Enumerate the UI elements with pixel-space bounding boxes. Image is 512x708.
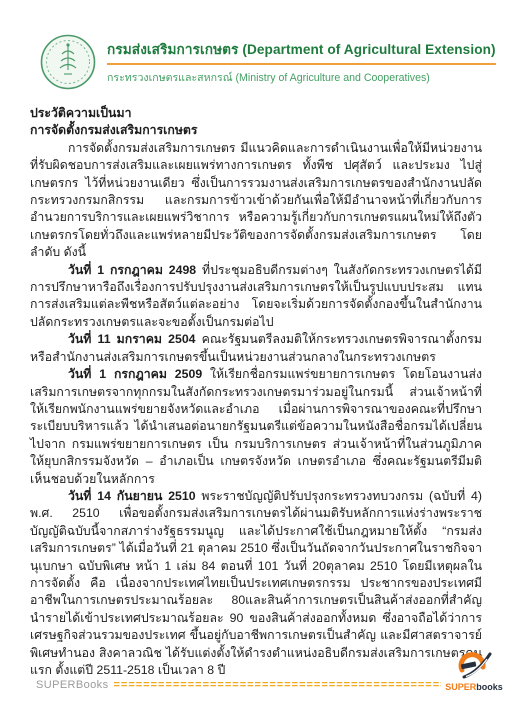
- body-paragraph: การจัดตั้งกรมส่งเสริมการเกษตร มีแนวคิดแล…: [30, 140, 482, 262]
- section-heading-establishment: การจัดตั้งกรมส่งเสริมการเกษตร: [30, 122, 482, 139]
- superbooks-logo: SUPERbooks: [446, 650, 502, 692]
- section-heading-history: ประวัติความเป็นมา: [30, 105, 482, 122]
- paragraph-date-lead: วันที่ 14 กันยายน 2510: [68, 489, 196, 503]
- paragraph-date-lead: วันที่ 11 มกราคม 2504: [68, 332, 196, 346]
- department-seal-icon: [40, 34, 96, 90]
- footer-brand-text: SUPERBooks: [36, 679, 108, 692]
- logo-text-super: SUPER: [445, 682, 476, 692]
- logo-text-books: books: [476, 682, 503, 692]
- paragraph-text: การจัดตั้งกรมส่งเสริมการเกษตร มีแนวคิดแล…: [30, 141, 482, 259]
- header-subtitle: กระทรวงเกษตรและสหกรณ์ (Ministry of Agric…: [107, 69, 488, 86]
- header-text-block: กรมส่งเสริมการเกษตร (Department of Agric…: [107, 38, 488, 86]
- footer: SUPERBooks =============================…: [0, 650, 512, 692]
- body-paragraph: วันที่ 1 กรกฎาคม 2498 ที่ประชุมอธิบดีกรม…: [30, 262, 482, 332]
- superbooks-swoosh-icon: [456, 650, 492, 682]
- body-paragraph: วันที่ 1 กรกฎาคม 2509 ให้เรียกชื่อกรมแพร…: [30, 366, 482, 488]
- document-body: ประวัติความเป็นมา การจัดตั้งกรมส่งเสริมก…: [0, 90, 512, 679]
- paragraph-text: พระราชบัญญัติปรับปรุงกระทรวงทบวงกรม (ฉบั…: [30, 489, 482, 677]
- footer-divider-line: ========================================…: [113, 679, 441, 692]
- document-page: กรมส่งเสริมการเกษตร (Department of Agric…: [0, 0, 512, 708]
- paragraph-list: การจัดตั้งกรมส่งเสริมการเกษตร มีแนวคิดแล…: [30, 140, 482, 680]
- header-title: กรมส่งเสริมการเกษตร (Department of Agric…: [107, 38, 496, 65]
- paragraph-text: ให้เรียกชื่อกรมแพร่ขยายการเกษตร โดยโอนงา…: [30, 367, 482, 485]
- body-paragraph: วันที่ 11 มกราคม 2504 คณะรัฐมนตรีลงมติให…: [30, 331, 482, 366]
- paragraph-date-lead: วันที่ 1 กรกฎาคม 2509: [68, 367, 202, 381]
- superbooks-logo-text: SUPERbooks: [445, 682, 503, 692]
- paragraph-date-lead: วันที่ 1 กรกฎาคม 2498: [68, 263, 196, 277]
- header-banner: กรมส่งเสริมการเกษตร (Department of Agric…: [0, 0, 512, 90]
